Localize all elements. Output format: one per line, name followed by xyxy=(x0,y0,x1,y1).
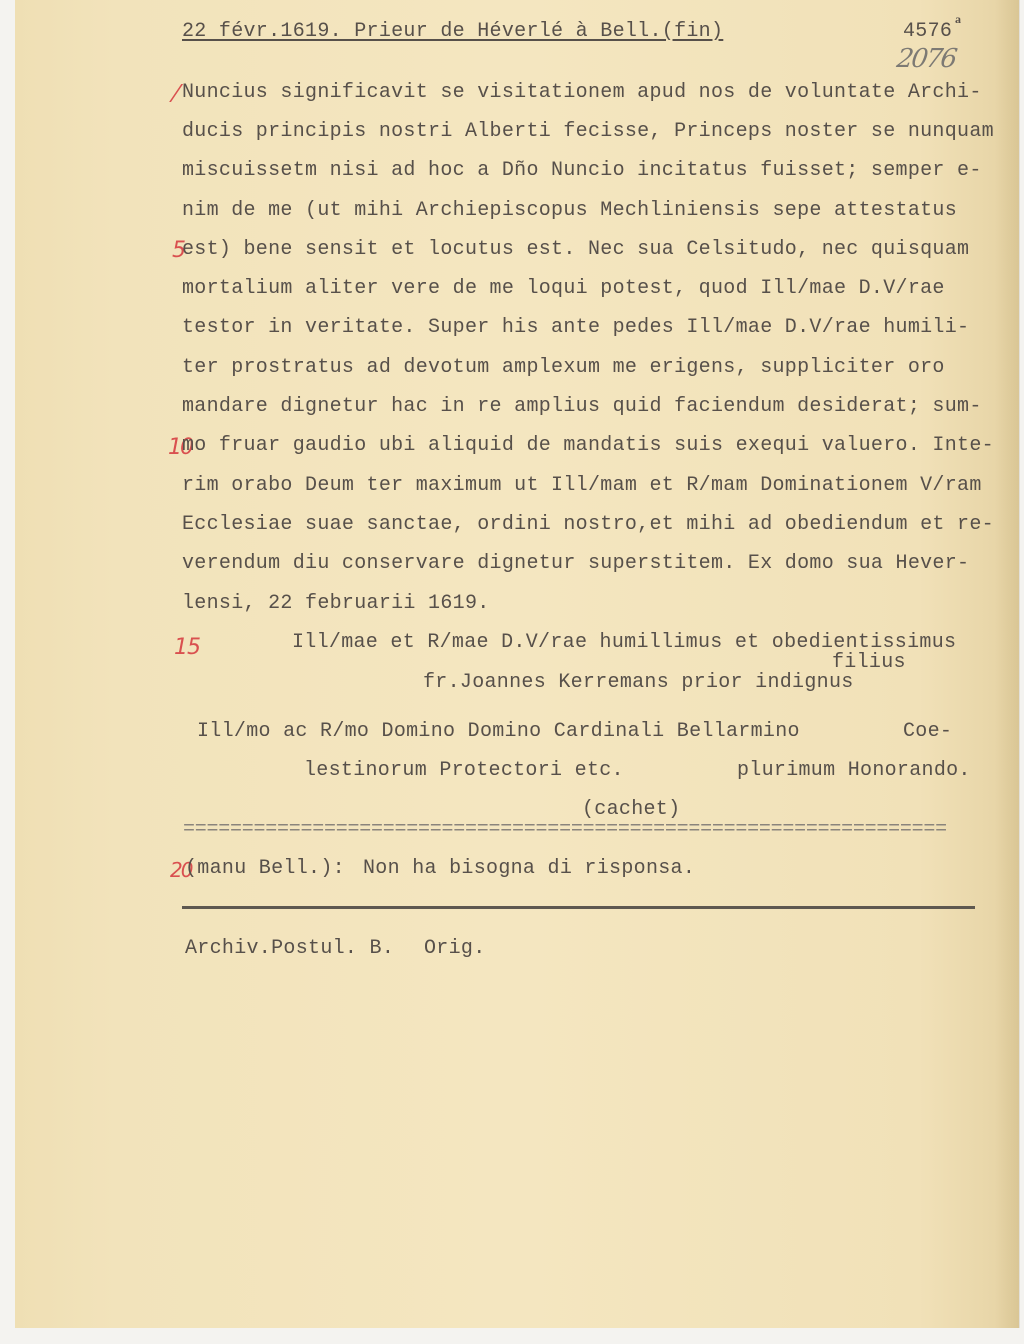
address-line-2: lestinorum Protectori etc. xyxy=(304,759,624,783)
body-line: est) bene sensit et locutus est. Nec sua… xyxy=(182,238,969,262)
body-line: miscuissetm nisi ad hoc a Dño Nuncio inc… xyxy=(182,159,982,183)
source-archive: Archiv.Postul. B. xyxy=(185,937,394,961)
handwritten-number: 2076 xyxy=(895,44,957,74)
body-line: rim orabo Deum ter maximum ut Ill/mam et… xyxy=(182,474,982,498)
body-line: nim de me (ut mihi Archiepiscopus Mechli… xyxy=(182,199,957,223)
body-line: mortalium aliter vere de me loqui potest… xyxy=(182,277,945,301)
body-line: Ecclesiae suae sanctae, ordini nostro,et… xyxy=(182,513,994,537)
solid-divider xyxy=(182,906,975,909)
body-line: mandare dignetur hac in re amplius quid … xyxy=(182,395,982,419)
body-line: ter prostratus ad devotum amplexum me er… xyxy=(182,356,945,380)
address-line-1-right: Coe- xyxy=(903,720,952,744)
body-line: verendum diu conservare dignetur superst… xyxy=(182,552,969,576)
body-line: testor in veritate. Super his ante pedes… xyxy=(182,316,969,340)
note-label: (manu Bell.): xyxy=(185,857,345,881)
document-number-superscript: a xyxy=(955,12,961,27)
signature: fr.Joannes Kerremans prior indignus xyxy=(423,671,854,695)
document-number: 4576 xyxy=(903,20,952,44)
note-text: Non ha bisogna di risponsa. xyxy=(363,857,695,881)
address-line-1: Ill/mo ac R/mo Domino Domino Cardinali B… xyxy=(197,720,800,744)
address-line-2-right: plurimum Honorando. xyxy=(737,759,971,783)
body-line: mo fruar gaudio ubi aliquid de mandatis … xyxy=(182,434,994,458)
body-line: ducis principis nostri Alberti fecisse, … xyxy=(182,120,994,144)
separator-rule: ========================================… xyxy=(183,820,947,840)
margin-number-15: 15 xyxy=(174,636,200,660)
source-type: Orig. xyxy=(424,937,486,961)
document-title: 22 févr.1619. Prieur de Héverlé à Bell.(… xyxy=(182,20,723,44)
body-line: lensi, 22 februarii 1619. xyxy=(182,592,490,616)
body-line: Nuncius significavit se visitationem apu… xyxy=(182,81,982,105)
